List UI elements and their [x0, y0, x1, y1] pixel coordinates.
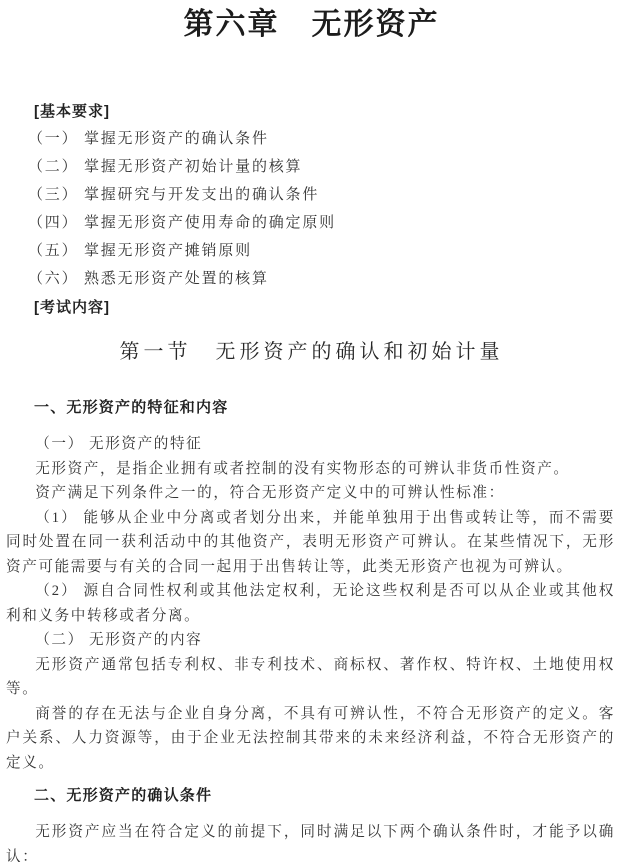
chapter-title: 第六章 无形资产 [0, 0, 623, 44]
paragraph: （2） 源自合同性权利或其他法定权利，无论这些权利是否可以从企业或其他权利和义务… [6, 579, 615, 628]
paragraph: 无形资产通常包括专利权、非专利技术、商标权、著作权、特许权、土地使用权等。 [6, 653, 615, 702]
basic-requirements-list: （一） 掌握无形资产的确认条件 （二） 掌握无形资产初始计量的核算 （三） 掌握… [28, 125, 623, 293]
heading-characteristics-and-content: 一、无形资产的特征和内容 [34, 398, 623, 418]
body-text: （一） 无形资产的特征 无形资产，是指企业拥有或者控制的没有实物形态的可辨认非货… [0, 432, 623, 775]
document-page: 第六章 无形资产 [基本要求] （一） 掌握无形资产的确认条件 （二） 掌握无形… [0, 0, 623, 862]
section-title: 第一节 无形资产的确认和初始计量 [0, 339, 623, 365]
paragraph: 无形资产应当在符合定义的前提下，同时满足以下两个确认条件时，才能予以确认： [6, 820, 615, 862]
requirement-item: （六） 熟悉无形资产处置的核算 [28, 265, 623, 293]
exam-content-label: [考试内容] [34, 298, 623, 317]
heading-recognition-conditions: 二、无形资产的确认条件 [34, 786, 623, 806]
subheading-content: （二） 无形资产的内容 [6, 628, 615, 653]
subheading-characteristics: （一） 无形资产的特征 [6, 432, 615, 457]
closing-text: 无形资产应当在符合定义的前提下，同时满足以下两个确认条件时，才能予以确认： [0, 820, 623, 862]
paragraph: （1） 能够从企业中分离或者划分出来，并能单独用于出售或转让等，而不需要同时处置… [6, 506, 615, 580]
paragraph: 资产满足下列条件之一的，符合无形资产定义中的可辨认性标准： [6, 481, 615, 506]
requirement-item: （五） 掌握无形资产摊销原则 [28, 237, 623, 265]
requirement-item: （一） 掌握无形资产的确认条件 [28, 125, 623, 153]
paragraph: 无形资产，是指企业拥有或者控制的没有实物形态的可辨认非货币性资产。 [6, 457, 615, 482]
requirement-item: （三） 掌握研究与开发支出的确认条件 [28, 181, 623, 209]
paragraph: 商誉的存在无法与企业自身分离，不具有可辨认性，不符合无形资产的定义。客户关系、人… [6, 702, 615, 776]
requirement-item: （二） 掌握无形资产初始计量的核算 [28, 153, 623, 181]
basic-requirements-label: [基本要求] [34, 102, 623, 121]
requirement-item: （四） 掌握无形资产使用寿命的确定原则 [28, 209, 623, 237]
